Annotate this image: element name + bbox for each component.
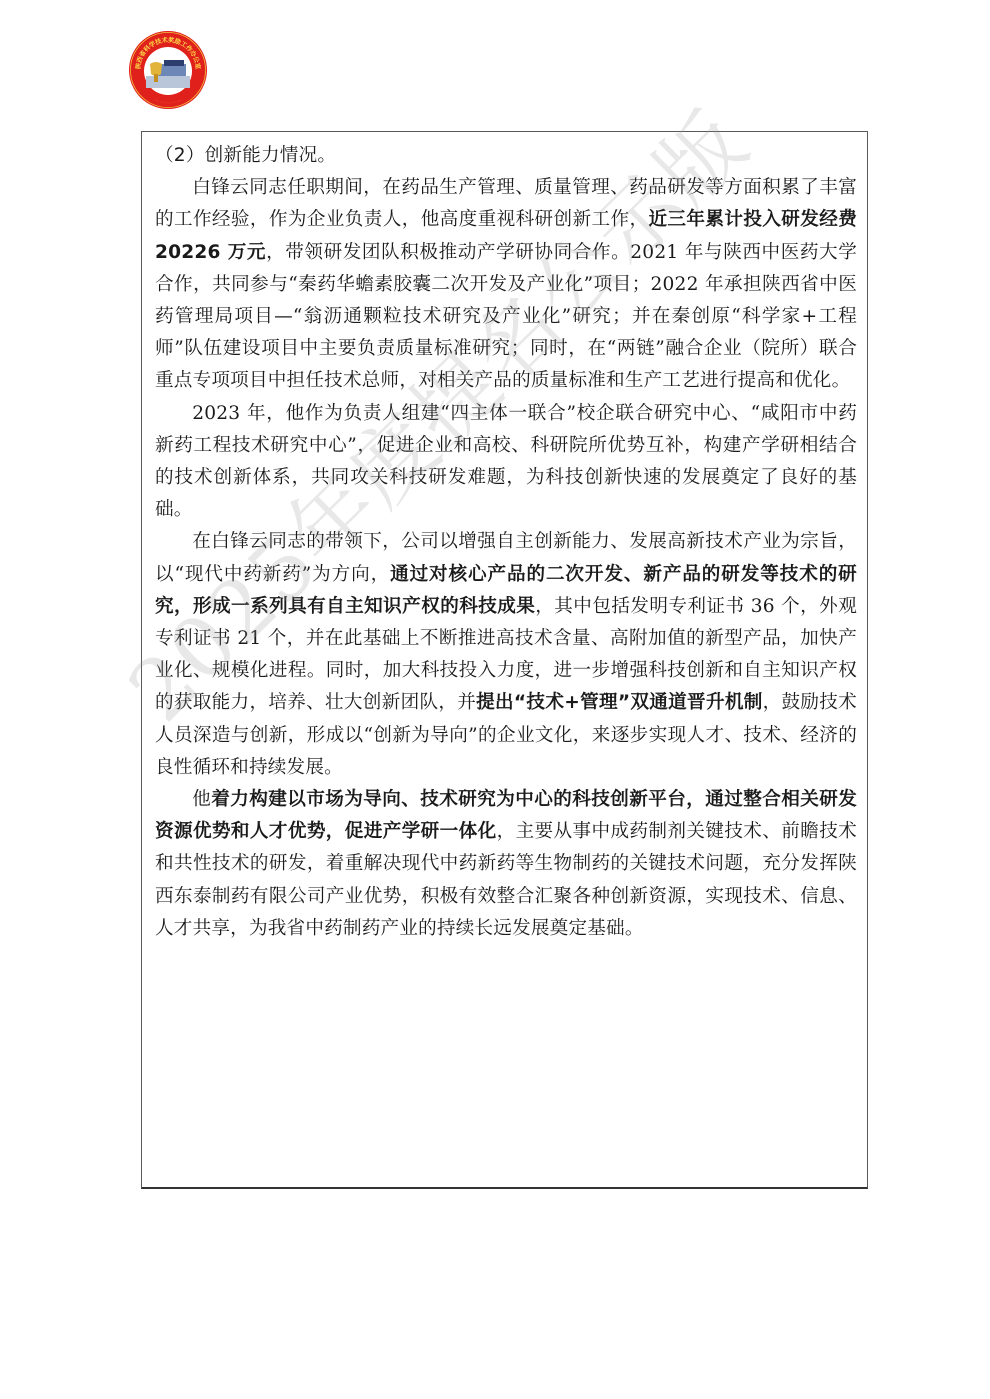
seal-badge-logo: 陕西省科学技术奖励工作办公室 · · · · · · · · · · · · ·… xyxy=(128,30,208,110)
paragraph-3-bold-b: 提出“技术+管理”双通道晋升机制 xyxy=(476,692,762,713)
paragraph-2: 2023 年，他作为负责人组建“四主体一联合”校企联合研究中心、“咸阳市中药新药… xyxy=(155,398,857,527)
content-box: （2）创新能力情况。 白锋云同志任职期间，在药品生产管理、质量管理、药品研发等方… xyxy=(141,131,868,1189)
paragraph-4: 他着力构建以市场为导向、技术研究为中心的科技创新平台，通过整合相关研发资源优势和… xyxy=(155,784,857,945)
section-heading: （2）创新能力情况。 xyxy=(155,140,857,172)
paragraph-3: 在白锋云同志的带领下，公司以增强自主创新能力、发展高新技术产业为宗旨，以“现代中… xyxy=(155,526,857,784)
paragraph-1-text-b: ，带领研发团队积极推动产学研协同合作。2021 年与陕西中医药大学合作，共同参与… xyxy=(155,242,857,392)
paragraph-2-text-a: 2023 年，他作为负责人组建“四主体一联合”校企联合研究中心、“咸阳市中药新药… xyxy=(155,403,857,521)
section-body: （2）创新能力情况。 白锋云同志任职期间，在药品生产管理、质量管理、药品研发等方… xyxy=(155,140,857,945)
paragraph-4-text-a: 他 xyxy=(192,789,211,810)
seal-badge-icon: 陕西省科学技术奖励工作办公室 · · · · · · · · · · · · ·… xyxy=(128,30,208,110)
paragraph-1: 白锋云同志任职期间，在药品生产管理、质量管理、药品研发等方面积累了丰富的工作经验… xyxy=(155,172,857,397)
